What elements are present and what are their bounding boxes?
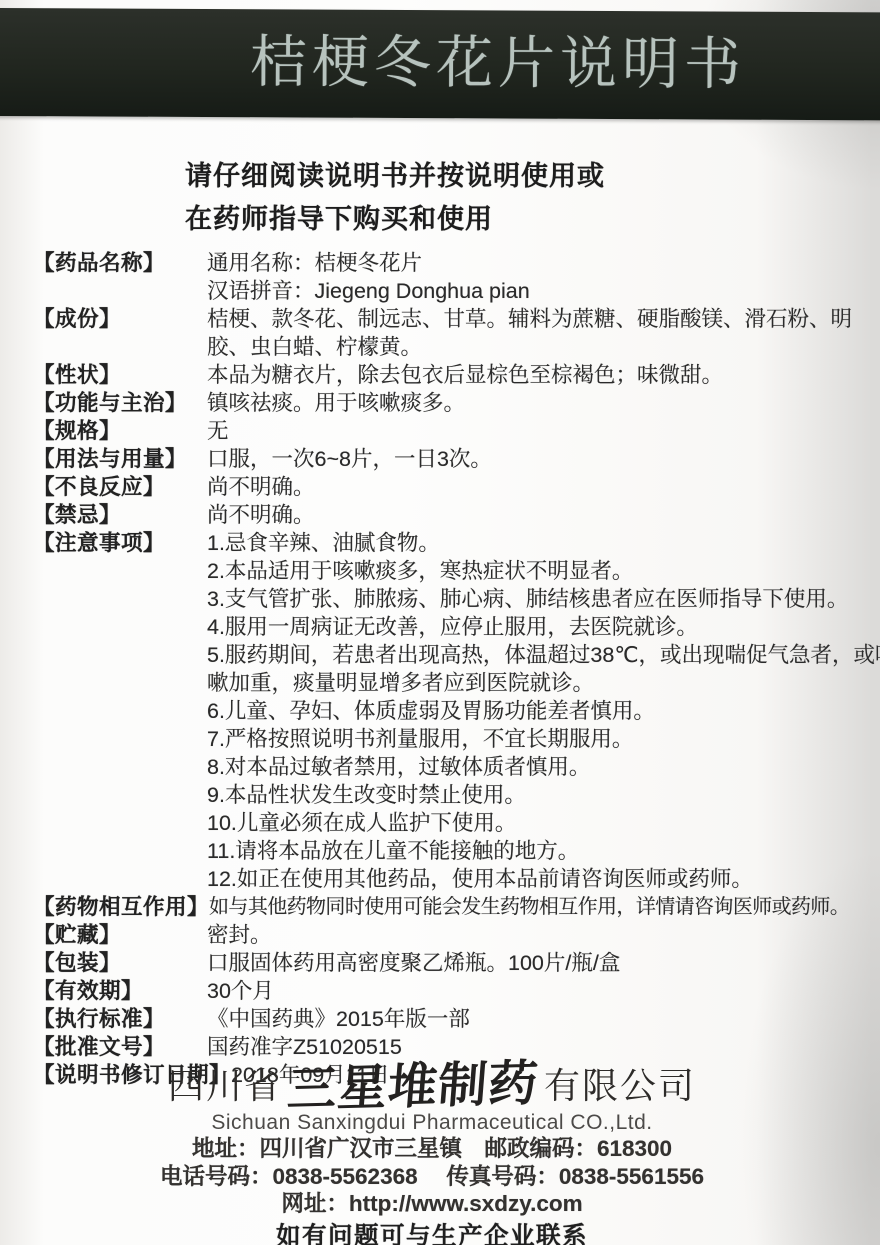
section-label: 【药品名称】 bbox=[33, 249, 207, 277]
phone-fax-line: 电话号码：0838-5562368 传真号码：0838-5561556 bbox=[0, 1163, 864, 1191]
section-label: 【成份】 bbox=[33, 305, 207, 333]
section-content: 口服，一次6~8片，一日3次。 bbox=[207, 445, 880, 473]
section-content: 无 bbox=[207, 417, 880, 445]
section-line: 12.如正在使用其他药品，使用本品前请咨询医师或药师。 bbox=[207, 865, 880, 893]
section-line: 8.对本品过敏者禁用，过敏体质者慎用。 bbox=[207, 753, 880, 781]
section-row: 【禁忌】 尚不明确。 bbox=[33, 501, 880, 529]
section-content: 密封。 bbox=[207, 921, 880, 949]
section-row: 【有效期】 30个月 bbox=[33, 977, 880, 1005]
section-label: 【功能与主治】 bbox=[33, 389, 207, 417]
address-line: 地址：四川省广汉市三星镇 邮政编码：618300 bbox=[0, 1135, 864, 1163]
section-line: 镇咳祛痰。用于咳嗽痰多。 bbox=[207, 389, 880, 417]
section-line: 6.儿童、孕妇、体质虚弱及胃肠功能差者慎用。 bbox=[207, 697, 880, 725]
usage-notice: 请仔细阅读说明书并按说明使用或 在药师指导下购买和使用 bbox=[185, 155, 880, 241]
section-content: 《中国药典》2015年版一部 bbox=[207, 1005, 880, 1033]
section-line: 尚不明确。 bbox=[207, 473, 880, 501]
website-line: 网址：http://www.sxdzy.com bbox=[0, 1190, 864, 1218]
section-line: 2.本品适用于咳嗽痰多，寒热症状不明显者。 bbox=[207, 557, 880, 585]
section-row: 【药品名称】 通用名称：桔梗冬花片汉语拼音：Jiegeng Donghua pi… bbox=[33, 249, 880, 305]
title-band: 桔梗冬花片说明书 bbox=[0, 8, 880, 120]
usage-notice-line-1: 请仔细阅读说明书并按说明使用或 bbox=[185, 155, 880, 198]
section-content: 通用名称：桔梗冬花片汉语拼音：Jiegeng Donghua pian bbox=[207, 249, 880, 305]
section-label: 【有效期】 bbox=[33, 977, 207, 1005]
section-line: 通用名称：桔梗冬花片 bbox=[207, 249, 880, 277]
section-row: 【不良反应】 尚不明确。 bbox=[33, 473, 880, 501]
leaflet-page: 桔梗冬花片说明书 请仔细阅读说明书并按说明使用或 在药师指导下购买和使用 【药品… bbox=[0, 0, 880, 1245]
section-content: 桔梗、款冬花、制远志、甘草。辅料为蔗糖、硬脂酸镁、滑石粉、明胶、虫白蜡、柠檬黄。 bbox=[207, 305, 880, 361]
section-line: 7.严格按照说明书剂量服用，不宜长期服用。 bbox=[207, 725, 880, 753]
section-line: 9.本品性状发生改变时禁止使用。 bbox=[207, 781, 880, 809]
section-row: 【性状】 本品为糖衣片，除去包衣后显棕色至棕褐色；味微甜。 bbox=[33, 361, 880, 389]
section-line: 汉语拼音：Jiegeng Donghua pian bbox=[207, 277, 880, 305]
section-content: 尚不明确。 bbox=[207, 473, 880, 501]
section-content: 镇咳祛痰。用于咳嗽痰多。 bbox=[207, 389, 880, 417]
section-content: 1.忌食辛辣、油腻食物。2.本品适用于咳嗽痰多，寒热症状不明显者。3.支气管扩张… bbox=[207, 529, 880, 893]
section-row: 【药物相互作用】 如与其他药物同时使用可能会发生药物相互作用，详情请咨询医师或药… bbox=[33, 893, 880, 921]
section-line: 口服固体药用高密度聚乙烯瓶。100片/瓶/盒 bbox=[207, 949, 880, 977]
section-row: 【功能与主治】 镇咳祛痰。用于咳嗽痰多。 bbox=[33, 389, 880, 417]
section-line: 11.请将本品放在儿童不能接触的地方。 bbox=[207, 837, 880, 865]
section-row: 【贮藏】 密封。 bbox=[33, 921, 880, 949]
section-line: 国药准字Z51020515 bbox=[207, 1033, 880, 1061]
section-label: 【不良反应】 bbox=[33, 473, 207, 501]
section-line: 嗽加重，痰量明显增多者应到医院就诊。 bbox=[207, 669, 880, 697]
section-content: 如与其他药物同时使用可能会发生药物相互作用，详情请咨询医师或药师。 bbox=[209, 893, 880, 921]
sections: 【药品名称】 通用名称：桔梗冬花片汉语拼音：Jiegeng Donghua pi… bbox=[0, 249, 880, 1089]
section-content: 口服固体药用高密度聚乙烯瓶。100片/瓶/盒 bbox=[207, 949, 880, 977]
section-label: 【包装】 bbox=[33, 949, 207, 977]
section-line: 《中国药典》2015年版一部 bbox=[207, 1005, 880, 1033]
section-content: 国药准字Z51020515 bbox=[207, 1033, 880, 1061]
section-label: 【批准文号】 bbox=[33, 1033, 207, 1061]
section-label: 【禁忌】 bbox=[33, 501, 207, 529]
section-row: 【注意事项】 1.忌食辛辣、油腻食物。2.本品适用于咳嗽痰多，寒热症状不明显者。… bbox=[33, 529, 880, 893]
section-line: 10.儿童必须在成人监护下使用。 bbox=[207, 809, 880, 837]
section-line: 30个月 bbox=[207, 977, 880, 1005]
section-label: 【性状】 bbox=[33, 361, 207, 389]
section-label: 【规格】 bbox=[33, 417, 207, 445]
company-name-prefix: 四川省 bbox=[168, 1065, 282, 1106]
section-line: 胶、虫白蜡、柠檬黄。 bbox=[207, 333, 880, 361]
section-line: 如与其他药物同时使用可能会发生药物相互作用，详情请咨询医师或药师。 bbox=[209, 893, 880, 921]
footer: 四川省三星堆制药有限公司 Sichuan Sanxingdui Pharmace… bbox=[0, 1063, 880, 1245]
section-label: 【药物相互作用】 bbox=[33, 893, 209, 921]
section-row: 【包装】 口服固体药用高密度聚乙烯瓶。100片/瓶/盒 bbox=[33, 949, 880, 977]
section-label: 【执行标准】 bbox=[33, 1005, 207, 1033]
leaflet-body: 请仔细阅读说明书并按说明使用或 在药师指导下购买和使用 【药品名称】 通用名称：… bbox=[0, 155, 880, 1245]
section-line: 5.服药期间，若患者出现高热，体温超过38℃，或出现喘促气急者，或咳 bbox=[207, 641, 880, 669]
section-content: 尚不明确。 bbox=[207, 501, 880, 529]
section-line: 3.支气管扩张、肺脓疡、肺心病、肺结核患者应在医师指导下使用。 bbox=[207, 585, 880, 613]
section-line: 1.忌食辛辣、油腻食物。 bbox=[207, 529, 880, 557]
section-line: 桔梗、款冬花、制远志、甘草。辅料为蔗糖、硬脂酸镁、滑石粉、明 bbox=[207, 305, 880, 333]
contact-help-line: 如有问题可与生产企业联系 bbox=[0, 1222, 864, 1245]
company-name-suffix: 有限公司 bbox=[544, 1065, 696, 1106]
leaflet-title: 桔梗冬花片说明书 bbox=[50, 8, 880, 118]
section-label: 【用法与用量】 bbox=[33, 445, 207, 473]
section-label: 【注意事项】 bbox=[33, 529, 207, 557]
section-row: 【规格】 无 bbox=[33, 417, 880, 445]
usage-notice-line-2: 在药师指导下购买和使用 bbox=[185, 198, 880, 241]
section-content: 30个月 bbox=[207, 977, 880, 1005]
section-row: 【用法与用量】 口服，一次6~8片，一日3次。 bbox=[33, 445, 880, 473]
section-line: 本品为糖衣片，除去包衣后显棕色至棕褐色；味微甜。 bbox=[207, 361, 880, 389]
section-line: 4.服用一周病证无改善，应停止服用，去医院就诊。 bbox=[207, 613, 880, 641]
section-content: 本品为糖衣片，除去包衣后显棕色至棕褐色；味微甜。 bbox=[207, 361, 880, 389]
section-line: 密封。 bbox=[207, 921, 880, 949]
section-line: 口服，一次6~8片，一日3次。 bbox=[207, 445, 880, 473]
section-line: 无 bbox=[207, 417, 880, 445]
section-row: 【成份】 桔梗、款冬花、制远志、甘草。辅料为蔗糖、硬脂酸镁、滑石粉、明胶、虫白蜡… bbox=[33, 305, 880, 361]
company-name-brand-calligraphy: 三星堆制药 bbox=[286, 1060, 540, 1113]
section-line: 尚不明确。 bbox=[207, 501, 880, 529]
section-label: 【贮藏】 bbox=[33, 921, 207, 949]
section-row: 【执行标准】 《中国药典》2015年版一部 bbox=[33, 1005, 880, 1033]
